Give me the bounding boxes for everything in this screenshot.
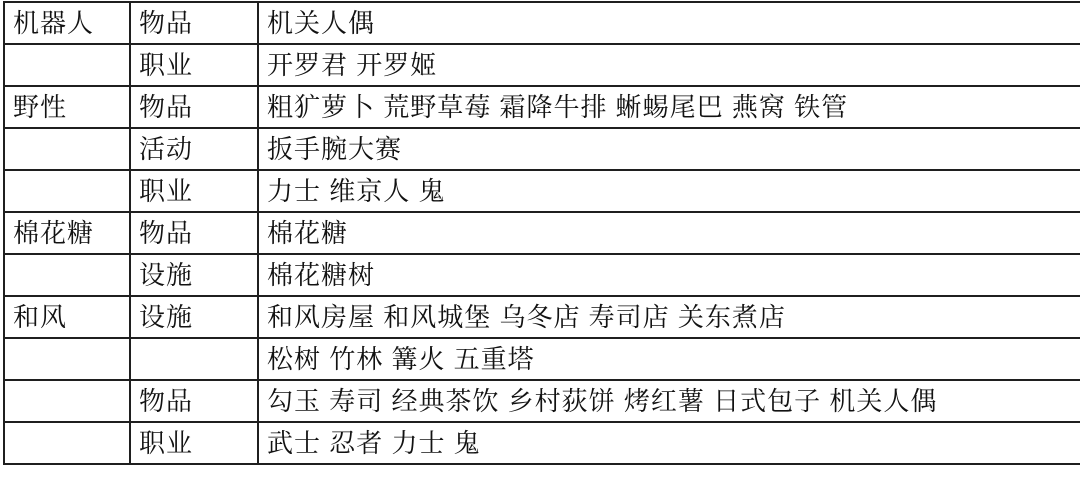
- theme-table: 机器人 物品 机关人偶 职业 开罗君 开罗姬 野性 物品 粗犷萝卜 荒野草莓 霜…: [3, 1, 1080, 465]
- type-cell: 物品: [130, 2, 258, 44]
- items-cell: 棉花糖: [258, 212, 1080, 254]
- table-row: 职业 武士 忍者 力士 鬼: [4, 422, 1080, 464]
- category-cell: [4, 128, 130, 170]
- items-cell: 武士 忍者 力士 鬼: [258, 422, 1080, 464]
- items-cell: 松树 竹林 篝火 五重塔: [258, 338, 1080, 380]
- table-row: 松树 竹林 篝火 五重塔: [4, 338, 1080, 380]
- type-cell: 设施: [130, 296, 258, 338]
- table-row: 和风 设施 和风房屋 和风城堡 乌冬店 寿司店 关东煮店: [4, 296, 1080, 338]
- table-container: 机器人 物品 机关人偶 职业 开罗君 开罗姬 野性 物品 粗犷萝卜 荒野草莓 霜…: [0, 0, 1080, 487]
- category-cell: 棉花糖: [4, 212, 130, 254]
- table-row: 野性 物品 粗犷萝卜 荒野草莓 霜降牛排 蜥蜴尾巴 燕窝 铁管: [4, 86, 1080, 128]
- category-cell: 野性: [4, 86, 130, 128]
- type-cell: 职业: [130, 44, 258, 86]
- items-cell: 棉花糖树: [258, 254, 1080, 296]
- items-cell: 勾玉 寿司 经典茶饮 乡村荻饼 烤红薯 日式包子 机关人偶: [258, 380, 1080, 422]
- table-row: 设施 棉花糖树: [4, 254, 1080, 296]
- table-row: 棉花糖 物品 棉花糖: [4, 212, 1080, 254]
- category-cell: [4, 338, 130, 380]
- category-cell: [4, 170, 130, 212]
- table-row: 职业 开罗君 开罗姬: [4, 44, 1080, 86]
- type-cell: [130, 338, 258, 380]
- items-cell: 扳手腕大赛: [258, 128, 1080, 170]
- table-row: 机器人 物品 机关人偶: [4, 2, 1080, 44]
- category-cell: 机器人: [4, 2, 130, 44]
- items-cell: 力士 维京人 鬼: [258, 170, 1080, 212]
- type-cell: 物品: [130, 212, 258, 254]
- type-cell: 职业: [130, 170, 258, 212]
- category-cell: [4, 380, 130, 422]
- table-row: 活动 扳手腕大赛: [4, 128, 1080, 170]
- items-cell: 粗犷萝卜 荒野草莓 霜降牛排 蜥蜴尾巴 燕窝 铁管: [258, 86, 1080, 128]
- category-cell: [4, 44, 130, 86]
- category-cell: [4, 254, 130, 296]
- type-cell: 物品: [130, 86, 258, 128]
- type-cell: 职业: [130, 422, 258, 464]
- type-cell: 设施: [130, 254, 258, 296]
- items-cell: 开罗君 开罗姬: [258, 44, 1080, 86]
- table-row: 职业 力士 维京人 鬼: [4, 170, 1080, 212]
- category-cell: [4, 422, 130, 464]
- table-row: 物品 勾玉 寿司 经典茶饮 乡村荻饼 烤红薯 日式包子 机关人偶: [4, 380, 1080, 422]
- category-cell: 和风: [4, 296, 130, 338]
- items-cell: 和风房屋 和风城堡 乌冬店 寿司店 关东煮店: [258, 296, 1080, 338]
- type-cell: 物品: [130, 380, 258, 422]
- type-cell: 活动: [130, 128, 258, 170]
- items-cell: 机关人偶: [258, 2, 1080, 44]
